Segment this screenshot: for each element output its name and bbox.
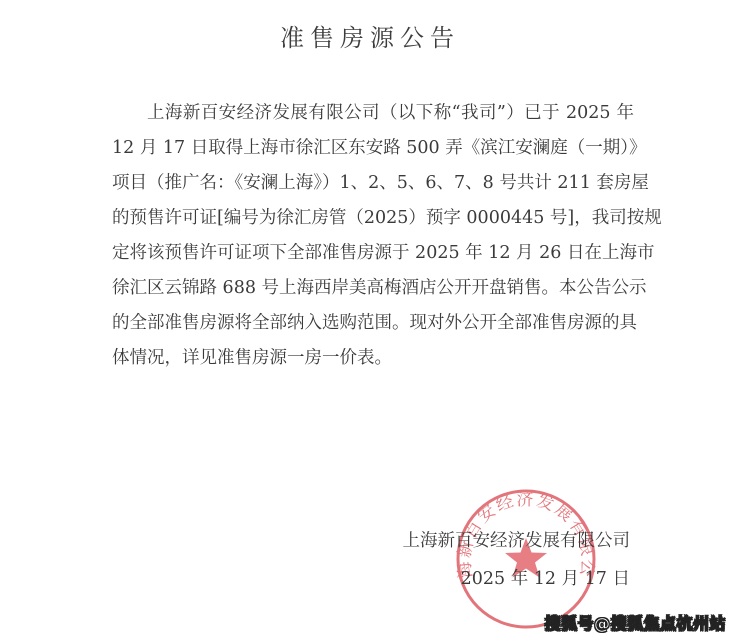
paragraph-line: 的预售许可证[编号为徐汇房管（2025）预字 0000445 号]，我司按规 [112, 201, 634, 236]
paragraph-line: 定将该预售许可证项下全部准售房源于 2025 年 12 月 26 日在上海市 [112, 236, 634, 271]
signature-company: 上海新百安经济发展有限公司 [403, 527, 631, 552]
paragraph-line: 的全部准售房源将全部纳入选购范围。现对外公开全部准售房源的具 [112, 306, 634, 341]
paragraph-line: 徐汇区云锦路 688 号上海西岸美高梅酒店公开开盘销售。本公告公示 [112, 271, 634, 306]
source-watermark: 搜狐号@搜狐焦点杭州站 [544, 611, 726, 634]
paragraph-line: 12 月 17 日取得上海市徐汇区东安路 500 弄《滨江安澜庭（一期）》 [112, 131, 634, 166]
paragraph-line: 体情况，详见准售房源一房一价表。 [112, 341, 634, 376]
paragraph-line: 项目（推广名：《安澜上海》）1、2、5、6、7、8 号共计 211 套房屋 [112, 166, 634, 201]
company-seal-icon: 上海新百安经济发展有限公司 [455, 488, 597, 630]
document-title: 准售房源公告 [0, 18, 740, 53]
paragraph-line: 上海新百安经济发展有限公司（以下称“我司”）已于 2025 年 [112, 96, 634, 131]
signature-date: 2025 年 12 月 17 日 [461, 565, 630, 590]
announcement-body: 上海新百安经济发展有限公司（以下称“我司”）已于 2025 年 12 月 17 … [112, 96, 634, 376]
